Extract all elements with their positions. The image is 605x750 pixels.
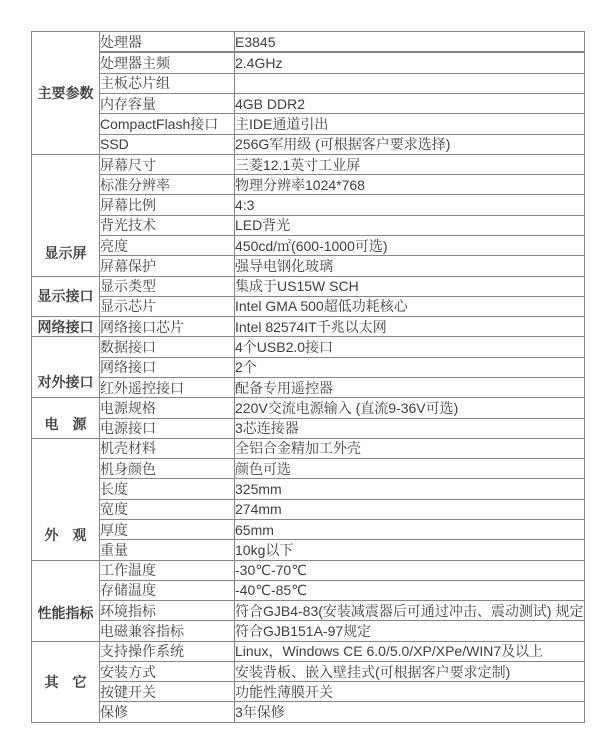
table-row: 屏幕比例4:3 <box>32 195 585 215</box>
param-name-cell: 环境指标 <box>100 601 235 621</box>
table-row: 保修3年保修 <box>32 702 585 723</box>
param-name-cell: 网络接口芯片 <box>100 317 235 337</box>
category-cell: 外 观 <box>32 438 100 560</box>
table-row: 主要参数处理器E3845 <box>32 32 585 52</box>
param-name-cell: 电源接口 <box>100 418 235 438</box>
table-row: 电 源电源规格220V交流电源输入 (直流9-36V可选) <box>32 398 585 418</box>
param-value-cell: Linux，Windows CE 6.0/5.0/XP/XPe/WIN7及以上 <box>235 641 585 661</box>
table-row: 网络接口网络接口芯片Intel 82574IT千兆以太网 <box>32 317 585 337</box>
table-row: 显示芯片Intel GMA 500超低功耗核心 <box>32 296 585 316</box>
table-row: 屏幕保护强导电钢化玻璃 <box>32 256 585 276</box>
category-cell: 电 源 <box>32 398 100 439</box>
param-name-cell: 机壳材料 <box>100 438 235 458</box>
table-row: 红外遥控接口配备专用遥控器 <box>32 377 585 397</box>
param-value-cell: Intel 82574IT千兆以太网 <box>235 317 585 337</box>
param-value-cell: 325mm <box>235 479 585 499</box>
table-row: 机身颜色颜色可选 <box>32 459 585 479</box>
param-name-cell: 显示类型 <box>100 276 235 296</box>
table-row: 外 观机壳材料全铝合金精加工外壳 <box>32 438 585 458</box>
spec-table: 主要参数处理器E3845处理器主频2.4GHz主板芯片组内存容量4GB DDR2… <box>31 31 585 723</box>
param-value-cell: 符合GJB151A-97规定 <box>235 621 585 641</box>
param-name-cell: 按键开关 <box>100 682 235 702</box>
param-name-cell: 网络接口 <box>100 357 235 377</box>
param-name-cell: 显示芯片 <box>100 296 235 316</box>
category-cell: 主要参数 <box>32 32 100 155</box>
param-value-cell: 2.4GHz <box>235 53 585 73</box>
param-name-cell: 电磁兼容指标 <box>100 621 235 641</box>
param-name-cell: 屏幕比例 <box>100 195 235 215</box>
table-row: 背光技术LED背光 <box>32 215 585 235</box>
param-name-cell: 电源规格 <box>100 398 235 418</box>
param-name-cell: SSD <box>100 134 235 154</box>
table-row: 显示屏屏幕尺寸三菱12.1英寸工业屏 <box>32 154 585 174</box>
category-cell: 显示接口 <box>32 276 100 317</box>
table-row: 标准分辨率物理分辨率1024*768 <box>32 175 585 195</box>
category-cell: 显示屏 <box>32 154 100 276</box>
param-name-cell: 屏幕保护 <box>100 256 235 276</box>
param-value-cell: 物理分辨率1024*768 <box>235 175 585 195</box>
param-value-cell: 颜色可选 <box>235 459 585 479</box>
category-cell: 其 它 <box>32 641 100 722</box>
param-name-cell: 数据接口 <box>100 337 235 357</box>
param-value-cell: 安装背板、嵌入壁挂式(可根据客户要求定制) <box>235 661 585 681</box>
param-value-cell: 三菱12.1英寸工业屏 <box>235 154 585 174</box>
param-value-cell: -40℃-85℃ <box>235 580 585 600</box>
param-value-cell: 3芯连接器 <box>235 418 585 438</box>
table-row: 处理器主频2.4GHz <box>32 53 585 73</box>
table-row: 其 它支持操作系统Linux，Windows CE 6.0/5.0/XP/XPe… <box>32 641 585 661</box>
param-value-cell: 2个 <box>235 357 585 377</box>
param-value-cell: -30℃-70℃ <box>235 560 585 580</box>
table-row: SSD256G军用级 (可根据客户要求选择) <box>32 134 585 154</box>
table-row: 存储温度-40℃-85℃ <box>32 580 585 600</box>
table-row: 主板芯片组 <box>32 73 585 93</box>
table-row: 电源接口3芯连接器 <box>32 418 585 438</box>
param-name-cell: 支持操作系统 <box>100 641 235 661</box>
param-value-cell: 256G军用级 (可根据客户要求选择) <box>235 134 585 154</box>
param-name-cell: 处理器 <box>100 32 235 52</box>
param-value-cell: 450cd/㎡(600-1000可选) <box>235 236 585 256</box>
param-value-cell: 10kg以下 <box>235 540 585 560</box>
table-row: 内存容量4GB DDR2 <box>32 94 585 114</box>
param-name-cell: 安装方式 <box>100 661 235 681</box>
spec-table-wrapper: 主要参数处理器E3845处理器主频2.4GHz主板芯片组内存容量4GB DDR2… <box>31 31 585 723</box>
table-row: 长度325mm <box>32 479 585 499</box>
param-value-cell: 强导电钢化玻璃 <box>235 256 585 276</box>
param-value-cell: 65mm <box>235 519 585 539</box>
param-value-cell: 集成于US15W SCH <box>235 276 585 296</box>
param-name-cell: 亮度 <box>100 236 235 256</box>
param-value-cell: 4:3 <box>235 195 585 215</box>
table-row: 网络接口2个 <box>32 357 585 377</box>
param-value-cell: 220V交流电源输入 (直流9-36V可选) <box>235 398 585 418</box>
param-value-cell: Intel GMA 500超低功耗核心 <box>235 296 585 316</box>
param-name-cell: 宽度 <box>100 499 235 519</box>
param-name-cell: 内存容量 <box>100 94 235 114</box>
param-name-cell: 处理器主频 <box>100 53 235 73</box>
page: 主要参数处理器E3845处理器主频2.4GHz主板芯片组内存容量4GB DDR2… <box>0 0 605 750</box>
table-row: 按键开关功能性薄膜开关 <box>32 682 585 702</box>
param-name-cell: 主板芯片组 <box>100 73 235 93</box>
param-name-cell: 屏幕尺寸 <box>100 154 235 174</box>
param-name-cell: 存储温度 <box>100 580 235 600</box>
param-name-cell: 重量 <box>100 540 235 560</box>
param-value-cell: 3年保修 <box>235 702 585 723</box>
param-name-cell: 长度 <box>100 479 235 499</box>
param-value-cell: 主IDE通道引出 <box>235 114 585 134</box>
param-value-cell: E3845 <box>235 32 585 52</box>
category-cell: 网络接口 <box>32 317 100 337</box>
param-value-cell: LED背光 <box>235 215 585 235</box>
table-row: 重量10kg以下 <box>32 540 585 560</box>
param-value-cell: 全铝合金精加工外壳 <box>235 438 585 458</box>
table-row: CompactFlash接口主IDE通道引出 <box>32 114 585 134</box>
table-row: 亮度450cd/㎡(600-1000可选) <box>32 236 585 256</box>
param-name-cell: 厚度 <box>100 519 235 539</box>
category-cell: 对外接口 <box>32 337 100 398</box>
param-value-cell: 符合GJB4-83(安装减震器后可通过冲击、震动测试) 规定 <box>235 601 585 621</box>
param-value-cell: 4个USB2.0接口 <box>235 337 585 357</box>
param-name-cell: 标准分辨率 <box>100 175 235 195</box>
param-name-cell: 保修 <box>100 702 235 723</box>
param-value-cell: 配备专用遥控器 <box>235 377 585 397</box>
param-name-cell: 红外遥控接口 <box>100 377 235 397</box>
table-row: 电磁兼容指标符合GJB151A-97规定 <box>32 621 585 641</box>
spec-table-body: 主要参数处理器E3845处理器主频2.4GHz主板芯片组内存容量4GB DDR2… <box>32 32 585 723</box>
param-value-cell: 274mm <box>235 499 585 519</box>
param-name-cell: CompactFlash接口 <box>100 114 235 134</box>
table-row: 环境指标符合GJB4-83(安装减震器后可通过冲击、震动测试) 规定 <box>32 601 585 621</box>
category-cell: 性能指标 <box>32 560 100 641</box>
table-row: 宽度274mm <box>32 499 585 519</box>
table-row: 安装方式安装背板、嵌入壁挂式(可根据客户要求定制) <box>32 661 585 681</box>
param-name-cell: 背光技术 <box>100 215 235 235</box>
table-row: 厚度65mm <box>32 519 585 539</box>
table-row: 显示接口显示类型集成于US15W SCH <box>32 276 585 296</box>
param-name-cell: 工作温度 <box>100 560 235 580</box>
table-row: 性能指标工作温度-30℃-70℃ <box>32 560 585 580</box>
param-value-cell: 4GB DDR2 <box>235 94 585 114</box>
param-name-cell: 机身颜色 <box>100 459 235 479</box>
table-row: 对外接口数据接口4个USB2.0接口 <box>32 337 585 357</box>
param-value-cell: 功能性薄膜开关 <box>235 682 585 702</box>
param-value-cell <box>235 73 585 93</box>
